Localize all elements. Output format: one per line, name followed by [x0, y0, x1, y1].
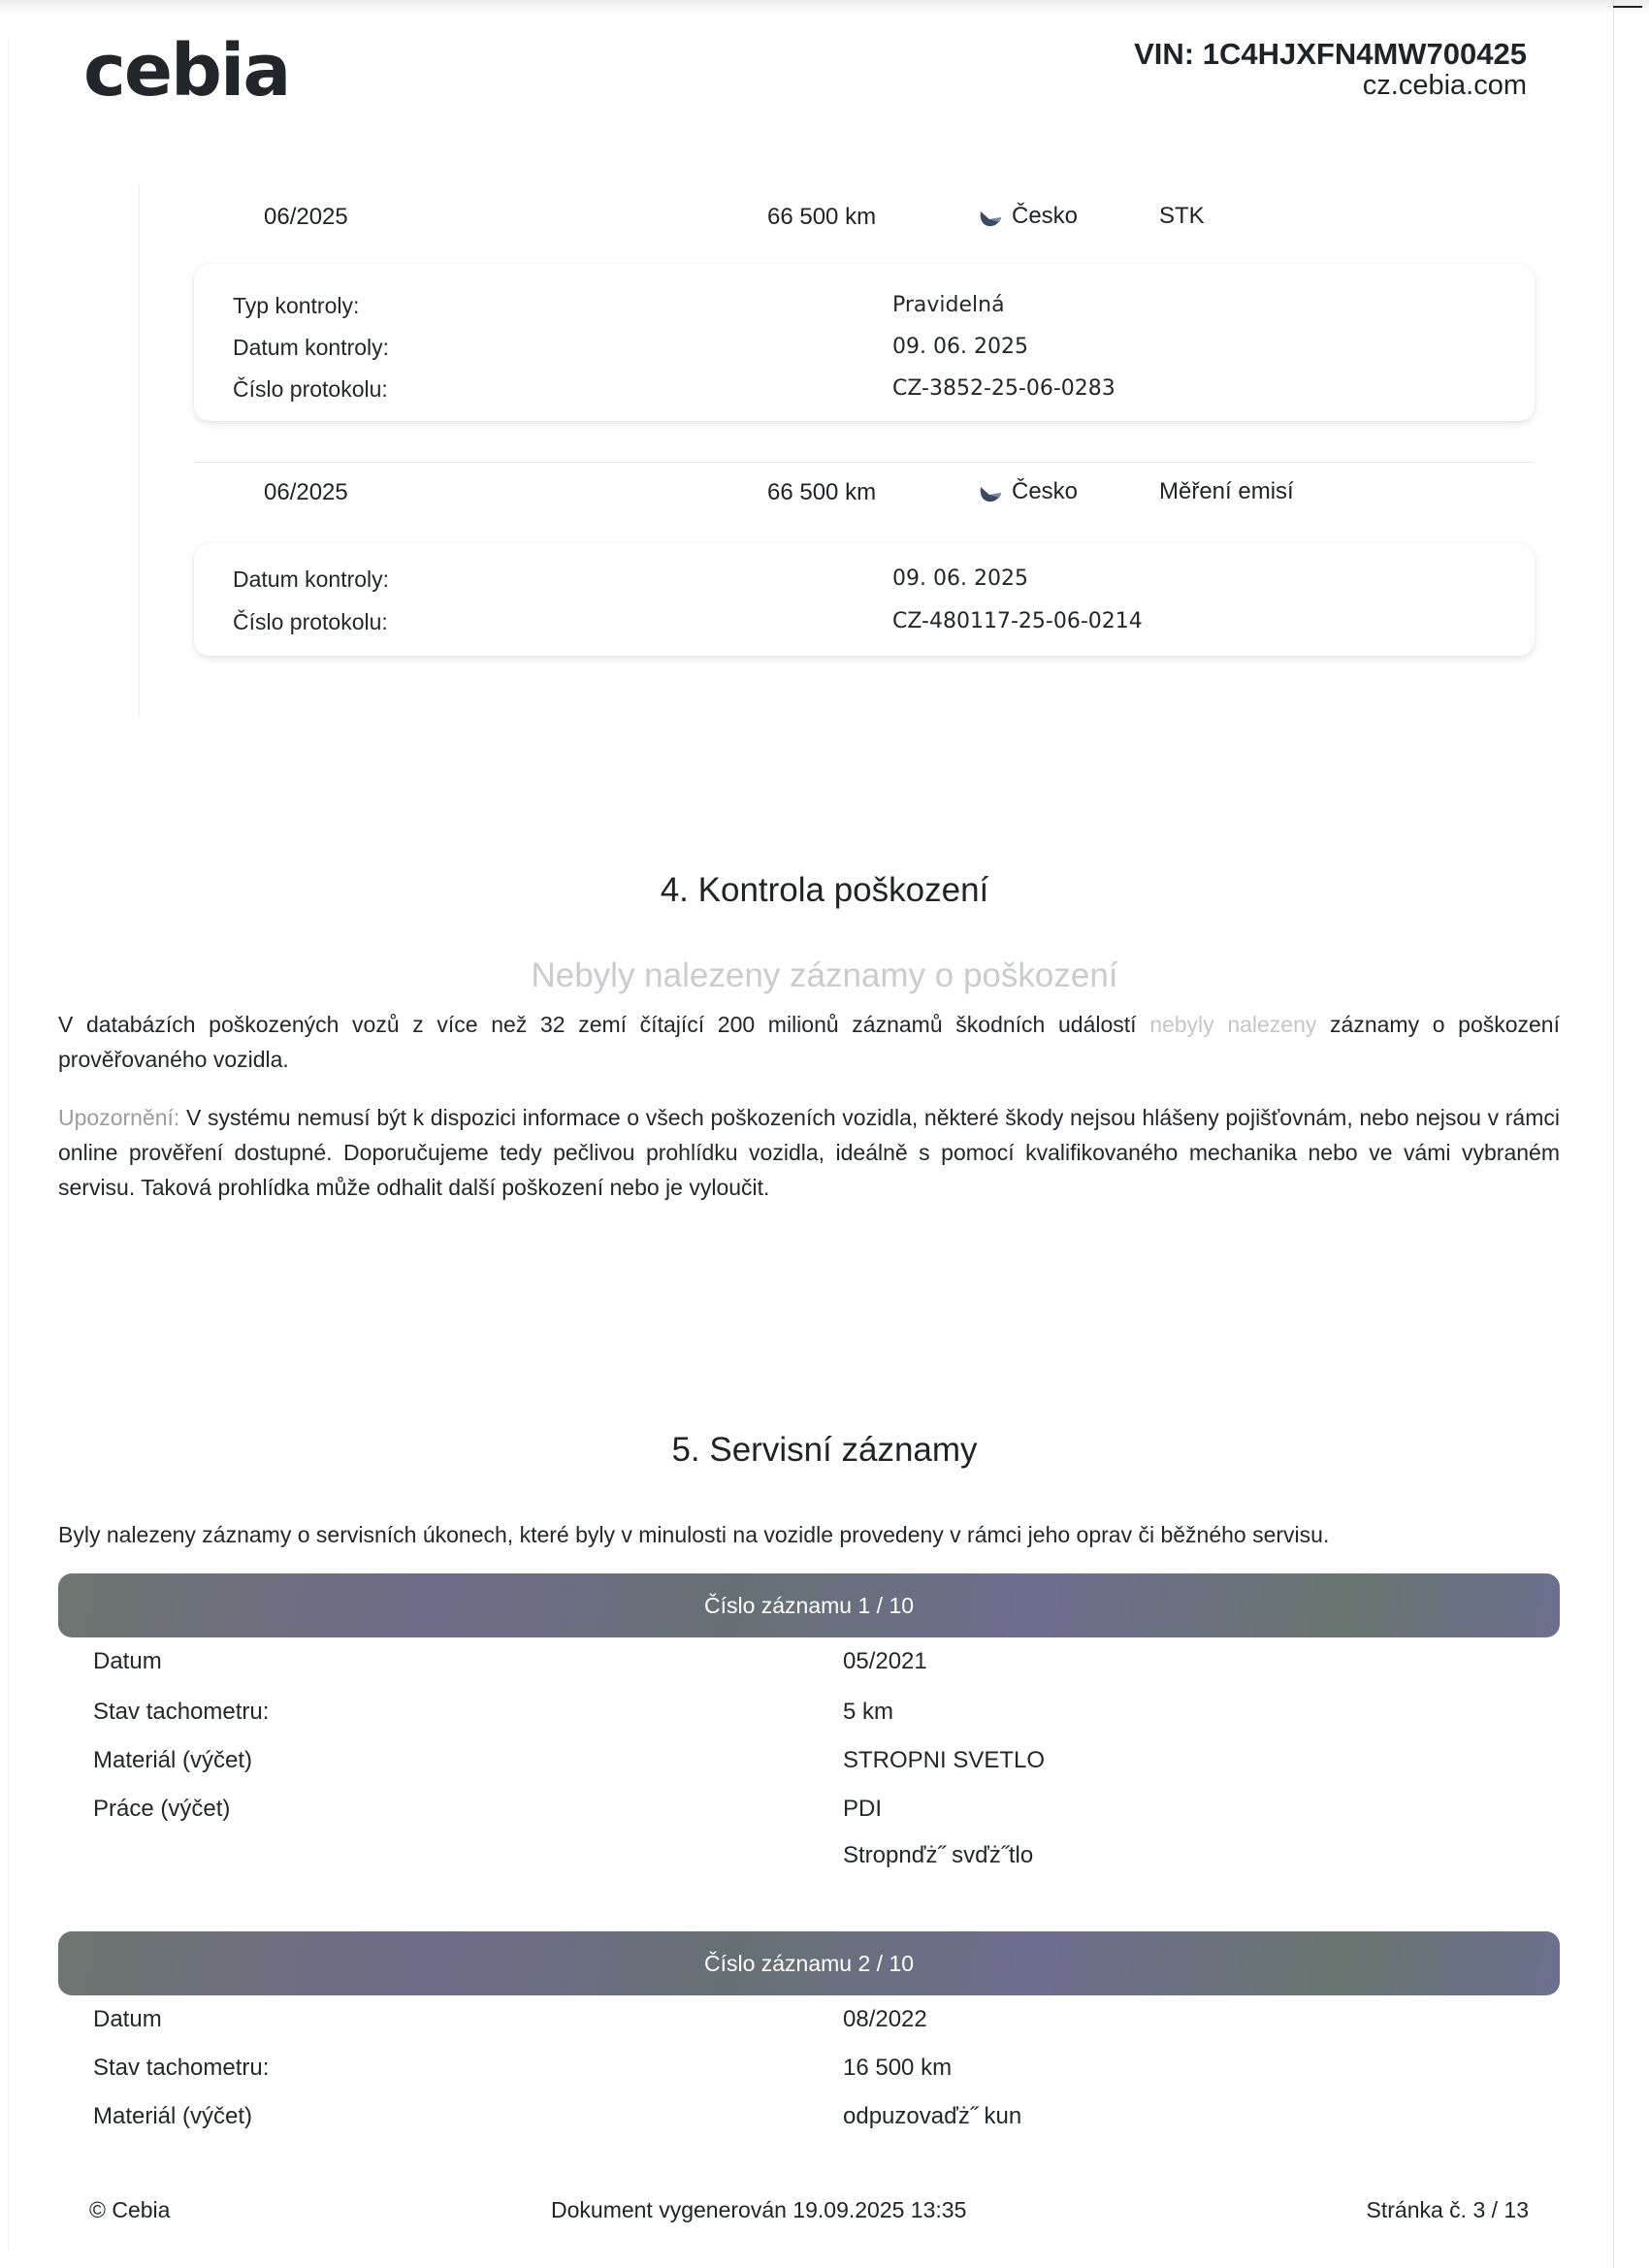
- record-value: Stropnďż˝ svďż˝tlo: [843, 1842, 1033, 1869]
- detail-label: Datum kontroly:: [233, 335, 389, 361]
- record-row: Materiál (výčet) odpuzovaďż˝ kun: [93, 2099, 1548, 2138]
- czech-flag-icon: [978, 481, 1003, 504]
- record-label: Materiál (výčet): [93, 1747, 252, 1774]
- divider: [194, 462, 1533, 463]
- record-label: Materiál (výčet): [93, 2103, 252, 2130]
- detail-value: CZ-480117-25-06-0214: [892, 609, 1143, 633]
- service-section-title: 5. Servisní záznamy: [0, 1431, 1649, 1470]
- record-row: Stropnďż˝ svďż˝tlo: [93, 1838, 1548, 1877]
- scan-edge: [0, 0, 1649, 14]
- inspection-details-card: Typ kontroly: Pravidelná Datum kontroly:…: [194, 264, 1535, 421]
- record-row: Datum 05/2021: [93, 1644, 1548, 1683]
- footer-copyright: © Cebia: [89, 2197, 170, 2223]
- detail-label: Číslo protokolu:: [233, 376, 388, 403]
- record-value: odpuzovaďż˝ kun: [843, 2103, 1021, 2130]
- detail-row: Číslo protokolu: CZ-480117-25-06-0214: [233, 603, 1515, 642]
- detail-row: Datum kontroly: 09. 06. 2025: [233, 561, 1515, 599]
- detail-label: Číslo protokolu:: [233, 609, 388, 635]
- record-label: Práce (výčet): [93, 1796, 230, 1823]
- warning-label: Upozornění:: [58, 1105, 179, 1130]
- record-label: Stav tachometru:: [93, 2055, 269, 2082]
- record-value: PDI: [843, 1796, 882, 1823]
- record-label: Stav tachometru:: [93, 1699, 269, 1726]
- inspection-date: 06/2025: [264, 479, 348, 506]
- damage-warning: Upozornění: V systému nemusí být k dispo…: [58, 1100, 1560, 1205]
- inspection-header-emissions: 06/2025 66 500 km Česko Měření emisí: [194, 466, 1533, 514]
- service-record-header: Číslo záznamu 1 / 10: [58, 1573, 1560, 1637]
- damage-section-subtitle: Nebyly nalezeny záznamy o poškození: [0, 956, 1649, 995]
- inspection-type: STK: [1159, 203, 1205, 230]
- inspection-header-stk: 06/2025 66 500 km Česko STK: [194, 190, 1533, 239]
- record-row: Stav tachometru: 16 500 km: [93, 2051, 1548, 2090]
- page-edge-left: [8, 39, 9, 2251]
- record-value: 05/2021: [843, 1648, 927, 1675]
- vin-number: VIN: 1C4HJXFN4MW700425: [1134, 37, 1527, 72]
- detail-row: Číslo protokolu: CZ-3852-25-06-0283: [233, 371, 1515, 409]
- detail-row: Datum kontroly: 09. 06. 2025: [233, 329, 1515, 368]
- cebia-logo: cebia: [83, 29, 289, 113]
- no-damage-highlight: nebyly nalezeny: [1149, 1012, 1316, 1037]
- record-number: Číslo záznamu 2 / 10: [704, 1951, 914, 1977]
- inspection-mileage: 66 500 km: [767, 204, 876, 231]
- service-record-header: Číslo záznamu 2 / 10: [58, 1931, 1560, 1995]
- inspection-country: Česko: [1012, 203, 1078, 230]
- detail-value: 09. 06. 2025: [892, 335, 1028, 359]
- record-label: Datum: [93, 2006, 162, 2033]
- record-number: Číslo záznamu 1 / 10: [704, 1593, 914, 1619]
- inspection-date: 06/2025: [264, 204, 348, 231]
- detail-value: 09. 06. 2025: [892, 567, 1028, 591]
- record-row: Práce (výčet) PDI: [93, 1792, 1548, 1831]
- record-row: Datum 08/2022: [93, 2002, 1548, 2041]
- record-value: 16 500 km: [843, 2055, 952, 2082]
- footer-generated: Dokument vygenerován 19.09.2025 13:35: [551, 2197, 966, 2223]
- record-value: 5 km: [843, 1699, 893, 1726]
- czech-flag-icon: [978, 206, 1003, 229]
- detail-label: Typ kontroly:: [233, 293, 359, 319]
- inspection-mileage: 66 500 km: [767, 479, 876, 506]
- inspection-details-card: Datum kontroly: 09. 06. 2025 Číslo proto…: [194, 543, 1535, 656]
- record-row: Stav tachometru: 5 km: [93, 1695, 1548, 1733]
- record-row: Materiál (výčet) STROPNI SVETLO: [93, 1743, 1548, 1782]
- damage-section-title: 4. Kontrola poškození: [0, 871, 1649, 910]
- record-value: STROPNI SVETLO: [843, 1747, 1045, 1774]
- site-url: cz.cebia.com: [1363, 70, 1527, 102]
- record-value: 08/2022: [843, 2006, 927, 2033]
- footer-page-number: Stránka č. 3 / 13: [1367, 2197, 1529, 2223]
- damage-summary: V databázích poškozených vozů z více než…: [58, 1007, 1560, 1077]
- service-intro: Byly nalezeny záznamy o servisních úkone…: [58, 1517, 1560, 1552]
- detail-value: Pravidelná: [892, 293, 1005, 317]
- detail-label: Datum kontroly:: [233, 567, 389, 593]
- inspection-type: Měření emisí: [1159, 478, 1294, 505]
- detail-row: Typ kontroly: Pravidelná: [233, 287, 1515, 326]
- page-edge-right: [1613, 0, 1614, 2268]
- page-edge-mark: [1613, 6, 1642, 8]
- record-label: Datum: [93, 1648, 162, 1675]
- inspection-country: Česko: [1012, 478, 1078, 505]
- detail-value: CZ-3852-25-06-0283: [892, 376, 1115, 401]
